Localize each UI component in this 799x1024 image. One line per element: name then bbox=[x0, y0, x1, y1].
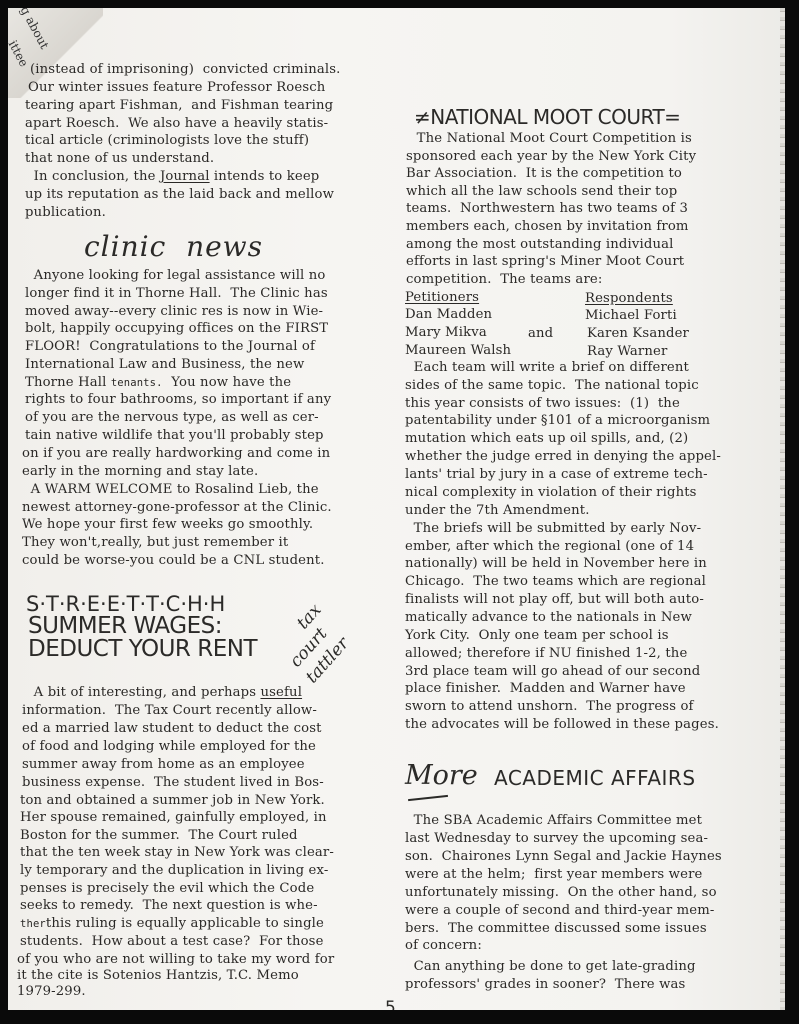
clinic-line: on if you are really hardworking and com… bbox=[22, 445, 330, 462]
tax-line: therthis ruling is equally applicable to… bbox=[20, 915, 324, 933]
intro-line: tical article (criminologists love the s… bbox=[25, 132, 309, 149]
tax-line: ton and obtained a summer job in New Yor… bbox=[20, 792, 325, 809]
heading-underline-stroke bbox=[408, 795, 448, 801]
academic-line: were a couple of second and third-year m… bbox=[405, 902, 715, 919]
tax-line: business expense. The student lived in B… bbox=[22, 774, 324, 791]
clinic-news-heading: clinic news bbox=[84, 230, 263, 263]
moot-line: Each team will write a brief on differen… bbox=[405, 359, 689, 376]
clinic-line: moved away--every clinic res is now in W… bbox=[25, 303, 323, 320]
moot-court-heading: ≠NATIONAL MOOT COURT= bbox=[414, 105, 680, 129]
academic-line: professors' grades in sooner? There was bbox=[405, 976, 685, 993]
clinic-line: They won't,really, but just remember it bbox=[22, 534, 288, 551]
tax-line: ly temporary and the duplication in livi… bbox=[20, 862, 328, 879]
tax-line: that the ten week stay in New York was c… bbox=[20, 844, 334, 861]
clinic-line: newest attorney-gone-professor at the Cl… bbox=[22, 499, 332, 516]
moot-line: 3rd place team will go ahead of our seco… bbox=[405, 663, 700, 680]
moot-line: the advocates will be followed in these … bbox=[405, 716, 719, 733]
clinic-line: longer find it in Thorne Hall. The Clini… bbox=[25, 285, 328, 302]
moot-line: Bar Association. It is the competition t… bbox=[406, 165, 682, 182]
moot-line: this year consists of two issues: (1) th… bbox=[405, 395, 680, 412]
clinic-line: We hope your first few weeks go smoothly… bbox=[22, 516, 313, 533]
moot-line: Chicago. The two teams which are regiona… bbox=[405, 573, 706, 590]
conclusion-line: up its reputation as the laid back and m… bbox=[25, 186, 334, 203]
page-number: 5 bbox=[385, 998, 396, 1010]
moot-line: allowed; therefore if NU finished 1-2, t… bbox=[405, 645, 687, 662]
academic-line: were at the helm; first year members wer… bbox=[405, 866, 702, 883]
petitioner-name: Mary Mikva bbox=[405, 324, 487, 341]
moot-line: efforts in last spring's Miner Moot Cour… bbox=[406, 253, 684, 270]
petitioner-name: Dan Madden bbox=[405, 306, 492, 323]
clinic-line: Thorne Hall tenants. You now have the bbox=[25, 374, 291, 392]
moot-line: ember, after which the regional (one of … bbox=[405, 538, 694, 555]
moot-line: among the most outstanding individual bbox=[406, 236, 673, 253]
moot-line: The National Moot Court Competition is bbox=[408, 130, 692, 147]
moot-line: The briefs will be submitted by early No… bbox=[405, 520, 701, 537]
academic-heading-script: More bbox=[405, 760, 478, 791]
clinic-line: A WARM WELCOME to Rosalind Lieb, the bbox=[22, 481, 319, 498]
academic-line: of concern: bbox=[405, 937, 482, 954]
tax-line: ed a married law student to deduct the c… bbox=[22, 720, 322, 737]
academic-line: The SBA Academic Affairs Committee met bbox=[405, 812, 702, 829]
respondent-name: Ray Warner bbox=[587, 343, 667, 360]
intro-line: (instead of imprisoning) convicted crimi… bbox=[30, 61, 340, 78]
moot-line: place finisher. Madden and Warner have bbox=[405, 680, 686, 697]
petitioner-name: Maureen Walsh bbox=[405, 342, 511, 359]
page-binding-edge bbox=[780, 8, 785, 1010]
academic-line: bers. The committee discussed some issue… bbox=[405, 920, 707, 937]
moot-line: matically advance to the nationals in Ne… bbox=[405, 609, 692, 626]
intro-line: apart Roesch. We also have a heavily sta… bbox=[25, 115, 328, 132]
academic-heading-caps: ACADEMIC AFFAIRS bbox=[494, 766, 696, 790]
tax-line: students. How about a test case? For tho… bbox=[20, 933, 324, 950]
moot-line: lants' trial by jury in a case of extrem… bbox=[405, 466, 708, 483]
tax-line: Her spouse remained, gainfully employed,… bbox=[20, 809, 327, 826]
respondent-name: Michael Forti bbox=[585, 307, 677, 324]
clinic-line: rights to four bathrooms, so important i… bbox=[25, 391, 331, 408]
tax-heading-line-3: DEDUCT YOUR RENT bbox=[28, 636, 257, 662]
moot-line: York City. Only one team per school is bbox=[405, 627, 669, 644]
moot-line: sponsored each year by the New York City bbox=[406, 148, 696, 165]
teams-joiner: and bbox=[528, 325, 553, 342]
tax-line: Boston for the summer. The Court ruled bbox=[20, 827, 298, 844]
tax-line: summer away from home as an employee bbox=[22, 756, 305, 773]
intro-line: that none of us understand. bbox=[25, 150, 214, 167]
tax-line: A bit of interesting, and perhaps useful bbox=[25, 684, 302, 701]
clinic-line: bolt, happily occupying offices on the F… bbox=[25, 320, 328, 337]
intro-line: Our winter issues feature Professor Roes… bbox=[28, 79, 325, 96]
moot-line: which all the law schools send their top bbox=[406, 183, 677, 200]
clinic-line: of you are the nervous type, as well as … bbox=[25, 409, 319, 426]
respondent-name: Karen Ksander bbox=[587, 325, 689, 342]
moot-line: competition. The teams are: bbox=[406, 271, 602, 288]
moot-line: finalists will not play off, but will bo… bbox=[405, 591, 704, 608]
tax-line: of you who are not willing to take my wo… bbox=[17, 951, 334, 968]
academic-line: Can anything be done to get late-grading bbox=[405, 958, 696, 975]
tax-line: it the cite is Sotenios Hantzis, T.C. Me… bbox=[17, 967, 299, 984]
moot-line: patentability under §101 of a microorgan… bbox=[405, 412, 710, 429]
tax-line: information. The Tax Court recently allo… bbox=[22, 702, 317, 719]
moot-line: nationally) will be held in November her… bbox=[405, 555, 707, 572]
moot-line: under the 7th Amendment. bbox=[405, 502, 590, 519]
clinic-line: tain native wildlife that you'll probabl… bbox=[25, 427, 324, 444]
conclusion-line: In conclusion, the Journal intends to ke… bbox=[25, 168, 319, 185]
academic-line: son. Chairones Lynn Segal and Jackie Hay… bbox=[405, 848, 722, 865]
clinic-line: early in the morning and stay late. bbox=[22, 463, 258, 480]
journal-title: Journal bbox=[160, 169, 210, 184]
clinic-line: Anyone looking for legal assistance will… bbox=[25, 267, 326, 284]
tax-line: seeks to remedy. The next question is wh… bbox=[20, 897, 318, 914]
moot-line: sworn to attend unshorn. The progress of bbox=[405, 698, 694, 715]
intro-line: tearing apart Fishman, and Fishman teari… bbox=[25, 97, 333, 114]
tax-line: 1979-299. bbox=[17, 983, 86, 1000]
tax-line: penses is precisely the evil which the C… bbox=[20, 880, 314, 897]
conclusion-line: publication. bbox=[25, 204, 106, 221]
moot-line: nical complexity in violation of their r… bbox=[405, 484, 697, 501]
moot-line: mutation which eats up oil spills, and, … bbox=[405, 430, 688, 447]
moot-line: teams. Northwestern has two teams of 3 bbox=[406, 200, 688, 217]
petitioners-header: Petitioners bbox=[405, 289, 479, 306]
moot-line: sides of the same topic. The national to… bbox=[405, 377, 699, 394]
academic-line: unfortunately missing. On the other hand… bbox=[405, 884, 717, 901]
moot-line: whether the judge erred in denying the a… bbox=[405, 448, 721, 465]
academic-line: last Wednesday to survey the upcoming se… bbox=[405, 830, 708, 847]
respondents-header: Respondents bbox=[585, 290, 673, 307]
clinic-line: International Law and Business, the new bbox=[25, 356, 304, 373]
tax-line: of food and lodging while employed for t… bbox=[22, 738, 316, 755]
clinic-line: could be worse-you could be a CNL studen… bbox=[22, 552, 325, 569]
moot-line: members each, chosen by invitation from bbox=[406, 218, 689, 235]
clinic-line: FLOOR! Congratulations to the Journal of bbox=[25, 338, 315, 355]
newsletter-page: g about ittee (instead of imprisoning) c… bbox=[8, 8, 785, 1010]
